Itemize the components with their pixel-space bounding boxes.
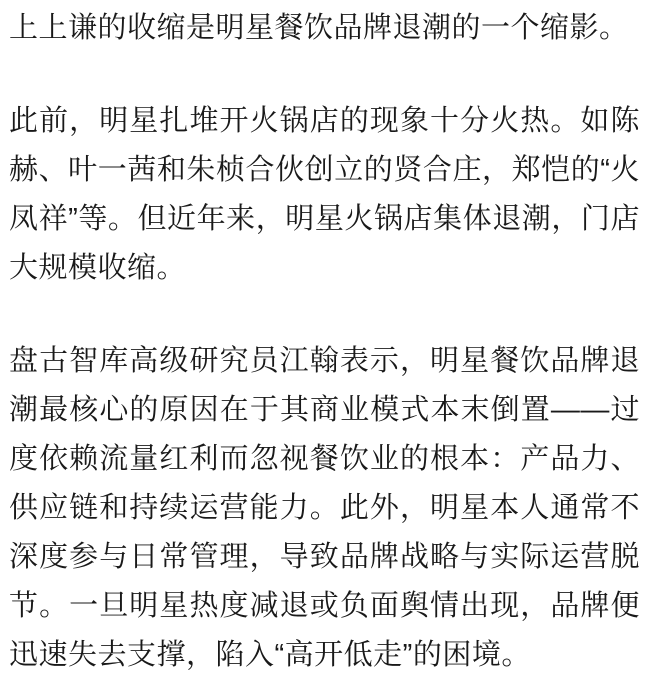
paragraph-summary: 上上谦的收缩是明星餐饮品牌退潮的一个缩影。 <box>9 4 640 53</box>
article-body: 上上谦的收缩是明星餐饮品牌退潮的一个缩影。 此前，明星扎堆开火锅店的现象十分火热… <box>0 0 649 678</box>
paragraph-analysis: 盘古智库高级研究员江翰表示，明星餐饮品牌退潮最核心的原因在于其商业模式本末倒置—… <box>9 337 640 678</box>
paragraph-background: 此前，明星扎堆开火锅店的现象十分火热。如陈赫、叶一茜和朱桢合伙创立的贤合庄，郑恺… <box>9 97 640 293</box>
